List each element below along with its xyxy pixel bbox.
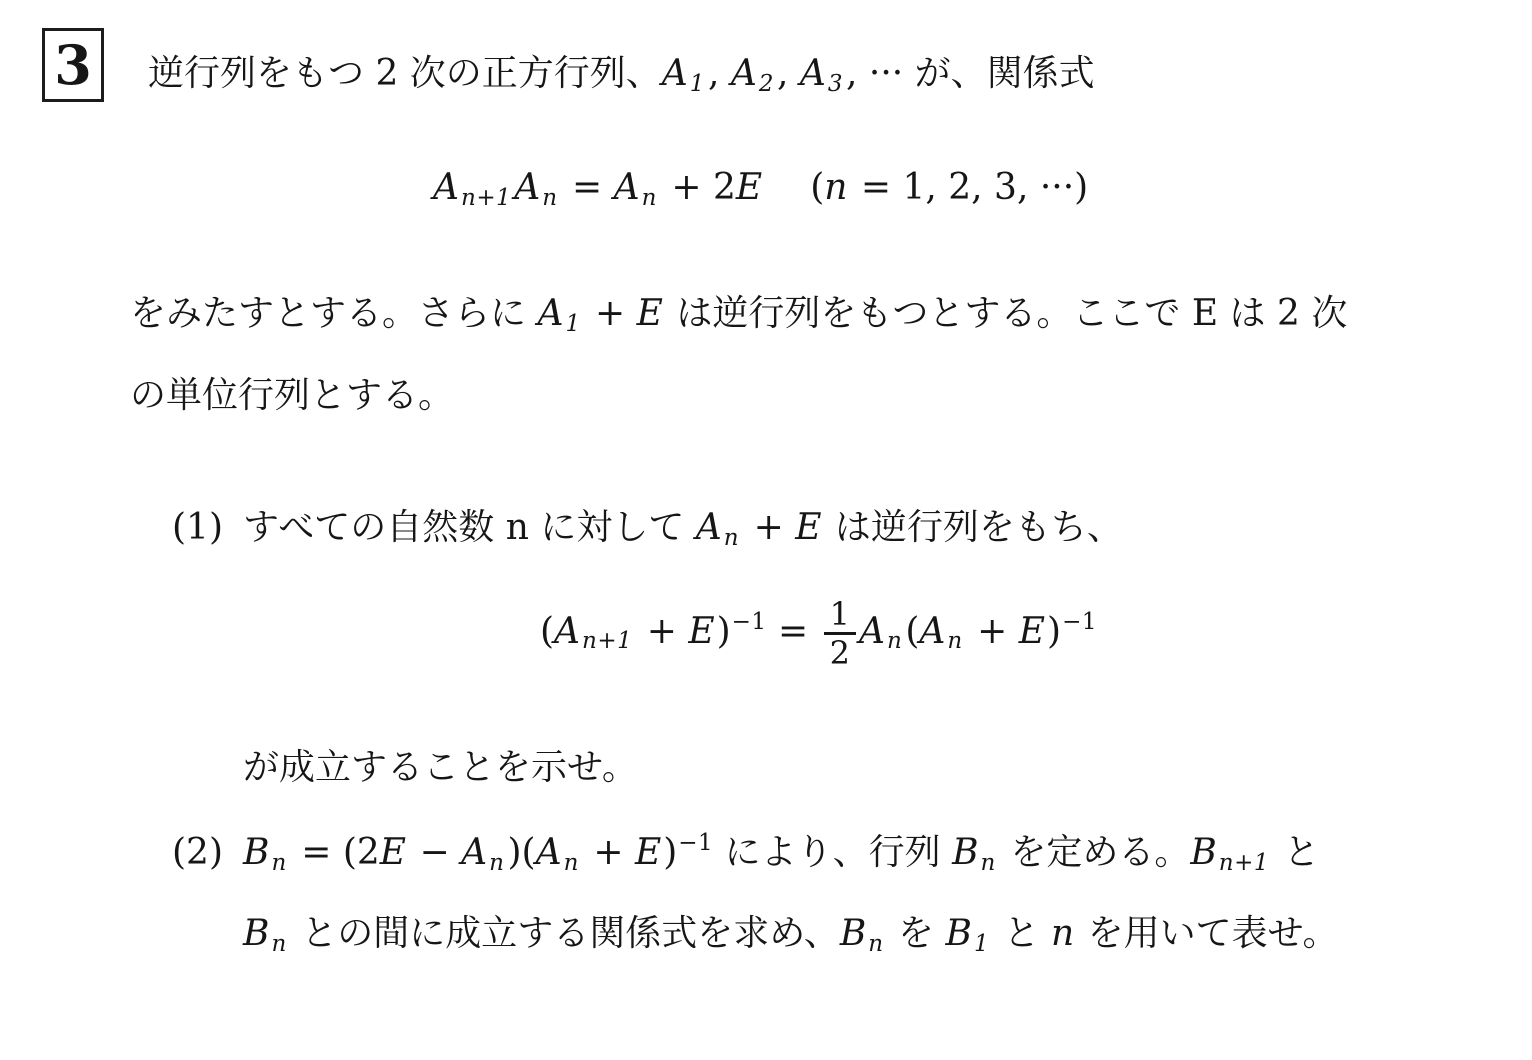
math-subscript: n+1 bbox=[582, 628, 635, 654]
math-variable: B bbox=[952, 832, 980, 873]
text-run: + bbox=[966, 611, 1019, 652]
text-run: との間に成立する関係式を求め、 bbox=[290, 913, 840, 954]
problem-number: 3 bbox=[54, 38, 92, 92]
math-subscript: n bbox=[271, 931, 289, 957]
math-variable: B bbox=[840, 913, 868, 954]
text-run: を定める。 bbox=[999, 832, 1190, 873]
math-variable: A bbox=[537, 293, 565, 334]
math-variable: A bbox=[461, 832, 489, 873]
math-variable: A bbox=[859, 611, 887, 652]
math-variable: A bbox=[614, 167, 642, 208]
text-run: − bbox=[408, 832, 461, 873]
math-subscript: 1 bbox=[974, 931, 992, 957]
math-variable: B bbox=[946, 913, 974, 954]
math-subscript: 1 bbox=[690, 71, 708, 97]
math-variable: E bbox=[635, 832, 663, 873]
text-run: ) bbox=[663, 832, 677, 873]
text-run: )( bbox=[507, 832, 535, 873]
item-1-label: (1) bbox=[172, 507, 223, 548]
item-2-text: Bn = (2E − An)(An + E)−1 により、行列 Bn を定める。… bbox=[243, 832, 1319, 873]
math-variable: E bbox=[795, 507, 823, 548]
text-run: と bbox=[992, 913, 1051, 954]
math-subscript: n bbox=[947, 628, 965, 654]
math-variable: A bbox=[536, 832, 564, 873]
item-1-line: (1)すべての自然数 n に対して An + E は逆行列をもち、 bbox=[172, 504, 1123, 553]
paragraph-line-2: の単位行列とする。 bbox=[130, 372, 454, 420]
item-1-text: すべての自然数 n に対して An + E は逆行列をもち、 bbox=[243, 507, 1123, 548]
math-variable: A bbox=[514, 167, 542, 208]
paragraph-line-1: をみたすとする。さらに A1 + E は逆行列をもつとする。ここで E は 2 … bbox=[130, 290, 1347, 339]
text-run: = bbox=[561, 167, 614, 208]
math-variable: E bbox=[380, 832, 408, 873]
problem-heading-line: 逆行列をもつ 2 次の正方行列、A1, A2, A3, ··· が、関係式 bbox=[148, 50, 1095, 99]
text-run: が成立することを示せ。 bbox=[243, 747, 638, 788]
math-variable: A bbox=[800, 53, 828, 94]
text-run: 逆行列をもつ 2 次の正方行列、 bbox=[148, 53, 662, 94]
math-variable: B bbox=[243, 913, 271, 954]
text-run: + 2 bbox=[660, 167, 736, 208]
text-run: を用いて表せ。 bbox=[1076, 913, 1338, 954]
math-variable: A bbox=[731, 53, 759, 94]
text-run: = 1, 2, 3, ···) bbox=[849, 167, 1088, 208]
math-variable: A bbox=[433, 167, 461, 208]
text-run: + bbox=[742, 507, 795, 548]
text-run: + bbox=[582, 832, 635, 873]
text-run: は逆行列をもつとする。ここで E は 2 次 bbox=[665, 293, 1347, 334]
text-run: すべての自然数 n に対して bbox=[243, 507, 696, 548]
fraction-numerator: 1 bbox=[824, 596, 856, 632]
text-run: と bbox=[1272, 832, 1319, 873]
text-run: をみたすとする。さらに bbox=[130, 293, 537, 334]
math-subscript: n bbox=[642, 185, 660, 211]
math-subscript: n+1 bbox=[1219, 850, 1272, 876]
text-run: ) bbox=[1047, 611, 1061, 652]
math-subscript: 3 bbox=[828, 71, 846, 97]
item-2-line-1: (2)Bn = (2E − An)(An + E)−1 により、行列 Bn を定… bbox=[172, 828, 1319, 878]
math-variable: E bbox=[637, 293, 665, 334]
math-variable: E bbox=[688, 611, 716, 652]
math-superscript: −1 bbox=[1061, 609, 1097, 635]
text-run: ( bbox=[540, 611, 554, 652]
text-run: ) bbox=[717, 611, 731, 652]
item-1-closing-line: が成立することを示せ。 bbox=[243, 744, 638, 792]
math-variable: n bbox=[824, 167, 849, 208]
math-variable: A bbox=[919, 611, 947, 652]
fraction: 12 bbox=[824, 596, 856, 672]
math-variable: B bbox=[1190, 832, 1218, 873]
math-superscript: −1 bbox=[677, 830, 713, 856]
text-run: + bbox=[635, 611, 688, 652]
math-variable: A bbox=[554, 611, 582, 652]
text-run: を bbox=[887, 913, 946, 954]
math-subscript: n bbox=[542, 185, 560, 211]
math-subscript: n bbox=[724, 525, 742, 551]
math-subscript: n bbox=[271, 850, 289, 876]
math-subscript: n bbox=[564, 850, 582, 876]
problem-number-box: 3 bbox=[42, 28, 104, 102]
text-run: = bbox=[767, 611, 820, 652]
text-run: ( bbox=[810, 167, 824, 208]
math-variable: A bbox=[662, 53, 690, 94]
math-variable: B bbox=[243, 832, 271, 873]
math-superscript: −1 bbox=[731, 609, 767, 635]
math-subscript: n bbox=[981, 850, 999, 876]
text-run: ( bbox=[905, 611, 919, 652]
item-2-line-2: Bn との間に成立する関係式を求め、Bn を B1 と n を用いて表せ。 bbox=[243, 910, 1339, 959]
display-equation-inverse: (An+1 + E)−1 = 12An(An + E)−1 bbox=[540, 596, 1097, 672]
text-run: は逆行列をもち、 bbox=[823, 507, 1122, 548]
text-run: , bbox=[777, 53, 800, 94]
text-run: = (2 bbox=[290, 832, 380, 873]
math-subscript: 1 bbox=[565, 311, 583, 337]
text-run: により、行列 bbox=[713, 832, 952, 873]
math-subscript: n+1 bbox=[461, 185, 514, 211]
display-equation-recurrence: An+1An = An + 2E(n = 1, 2, 3, ···) bbox=[433, 164, 1088, 213]
math-variable: A bbox=[696, 507, 724, 548]
math-subscript: n bbox=[489, 850, 507, 876]
math-subscript: n bbox=[868, 931, 886, 957]
math-variable: E bbox=[1019, 611, 1047, 652]
math-subscript: 2 bbox=[759, 71, 777, 97]
text-run: , ··· が、関係式 bbox=[846, 53, 1095, 94]
math-variable: n bbox=[1051, 913, 1076, 954]
text-run: + bbox=[584, 293, 637, 334]
text-run: , bbox=[708, 53, 731, 94]
math-subscript: n bbox=[887, 628, 905, 654]
item-2-label: (2) bbox=[172, 832, 223, 873]
text-run: の単位行列とする。 bbox=[130, 375, 454, 416]
fraction-denominator: 2 bbox=[824, 632, 856, 671]
math-variable: E bbox=[736, 167, 764, 208]
